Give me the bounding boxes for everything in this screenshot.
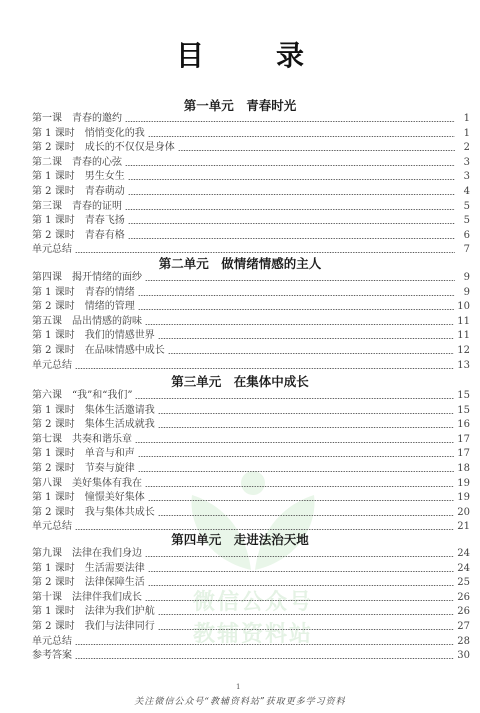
toc-entry-page: 5 xyxy=(455,215,470,227)
toc-entry-label: 第 1 课时 我们的情感世界 xyxy=(32,330,158,342)
dot-leader xyxy=(138,309,455,310)
dot-leader xyxy=(158,629,455,630)
toc-entry[interactable]: 第 1 课时 青春的情绪9 xyxy=(32,285,470,299)
toc-entry[interactable]: 第 1 课时 青春飞扬5 xyxy=(32,213,470,227)
dot-leader xyxy=(158,515,455,516)
dot-leader xyxy=(75,658,454,659)
dot-leader xyxy=(158,338,455,339)
toc-entry-page: 15 xyxy=(454,405,470,417)
page-title: 目 录 xyxy=(0,34,480,74)
toc-entry-label: 第 1 课时 集体生活邀请我 xyxy=(32,405,158,417)
toc-entry-label: 第一课 青春的邀约 xyxy=(32,113,125,125)
toc-entry-label: 第 1 课时 悄悄变化的我 xyxy=(32,128,148,140)
toc-entry[interactable]: 第 2 课时 情绪的管理10 xyxy=(32,299,470,313)
toc-entry-label: 第 2 课时 集体生活成就我 xyxy=(32,419,158,431)
toc-entry[interactable]: 第 2 课时 青春有格6 xyxy=(32,228,470,242)
toc-entry-label: 第 1 课时 憧憬美好集体 xyxy=(32,492,148,504)
toc-entry-page: 17 xyxy=(454,448,470,460)
dot-leader xyxy=(168,353,455,354)
toc-entry[interactable]: 第十课 法律伴我们成长26 xyxy=(32,590,470,604)
toc-entry-label: 第 2 课时 情绪的管理 xyxy=(32,301,138,313)
toc-entry-label: 参考答案 xyxy=(32,650,75,662)
toc-entry[interactable]: 第 1 课时 生活需要法律24 xyxy=(32,561,470,575)
toc-entry-label: 第五课 品出情感的韵味 xyxy=(32,316,145,328)
footer-note: 关注微信公众号“教辅资料站”获取更多学习资料 xyxy=(0,694,480,707)
toc-entry-label: 第十课 法律伴我们成长 xyxy=(32,592,145,604)
toc-entry-page: 5 xyxy=(455,201,470,213)
toc-entry[interactable]: 第 2 课时 青春萌动4 xyxy=(32,184,470,198)
toc-entry-label: 第三课 青春的证明 xyxy=(32,201,125,213)
dot-leader xyxy=(158,614,455,615)
toc-entry-page: 3 xyxy=(455,171,470,183)
toc-entry[interactable]: 第二课 青春的心弦3 xyxy=(32,155,470,169)
toc-entry-page: 20 xyxy=(454,507,470,519)
toc-entry[interactable]: 第 2 课时 我们与法律同行27 xyxy=(32,619,470,633)
dot-leader xyxy=(135,398,454,399)
toc-entry-page: 17 xyxy=(454,434,470,446)
toc-entry[interactable]: 第七课 共奏和谐乐章17 xyxy=(32,432,470,446)
toc-entry[interactable]: 第八课 美好集体有我在19 xyxy=(32,476,470,490)
toc-entry-label: 第 2 课时 我与集体共成长 xyxy=(32,507,158,519)
dot-leader xyxy=(138,456,455,457)
dot-leader xyxy=(158,413,455,414)
dot-leader xyxy=(158,427,455,428)
toc-entry-page: 9 xyxy=(455,287,470,299)
toc-entry[interactable]: 第 2 课时 成长的不仅仅是身体2 xyxy=(32,140,470,154)
dot-leader xyxy=(138,471,455,472)
toc-entry-label: 第九课 法律在我们身边 xyxy=(32,548,145,560)
toc-entry-page: 12 xyxy=(454,345,470,357)
toc-entry[interactable]: 第四课 揭开情绪的面纱9 xyxy=(32,270,470,284)
dot-leader xyxy=(128,238,455,239)
page-number: 1 xyxy=(236,683,240,691)
toc-entry-page: 13 xyxy=(454,360,470,372)
dot-leader xyxy=(145,324,454,325)
toc-entry-page: 9 xyxy=(455,272,470,284)
toc-entry-page: 27 xyxy=(454,621,470,633)
toc-entry-page: 3 xyxy=(455,157,470,169)
toc-entry[interactable]: 第 2 课时 我与集体共成长20 xyxy=(32,505,470,519)
toc-entry-label: 第 1 课时 生活需要法律 xyxy=(32,563,148,575)
toc-entry-label: 单元总结 xyxy=(32,360,75,372)
dot-leader xyxy=(148,585,455,586)
toc-entry[interactable]: 第 1 课时 单音与和声17 xyxy=(32,446,470,460)
dot-leader xyxy=(145,600,454,601)
dot-leader xyxy=(75,368,454,369)
toc-entry-page: 30 xyxy=(454,650,470,662)
toc-entry-page: 11 xyxy=(454,330,470,342)
dot-leader xyxy=(138,295,455,296)
dot-leader xyxy=(128,179,455,180)
toc-entry-label: 第七课 共奏和谐乐章 xyxy=(32,434,135,446)
toc-entry-label: 第四课 揭开情绪的面纱 xyxy=(32,272,145,284)
toc-entry-label: 第 2 课时 节奏与旋律 xyxy=(32,463,138,475)
dot-leader xyxy=(145,486,454,487)
toc-entry[interactable]: 第三课 青春的证明5 xyxy=(32,199,470,213)
dot-leader xyxy=(128,194,455,195)
toc-entry-page: 1 xyxy=(455,113,470,125)
toc-entry[interactable]: 第 2 课时 法律保障生活25 xyxy=(32,575,470,589)
toc-entry-label: 单元总结 xyxy=(32,636,75,648)
toc-entry-label: 第六课 “我”和“我们” xyxy=(32,390,135,402)
toc-entry[interactable]: 第九课 法律在我们身边24 xyxy=(32,546,470,560)
toc-entry-page: 19 xyxy=(454,478,470,490)
toc-entry[interactable]: 第 1 课时 集体生活邀请我15 xyxy=(32,403,470,417)
toc-entry[interactable]: 第 2 课时 集体生活成就我16 xyxy=(32,417,470,431)
dot-leader xyxy=(128,223,455,224)
dot-leader xyxy=(145,280,455,281)
toc-entry[interactable]: 第 1 课时 憧憬美好集体19 xyxy=(32,490,470,504)
dot-leader xyxy=(178,150,455,151)
toc-entry-page: 6 xyxy=(455,230,470,242)
dot-leader xyxy=(148,500,455,501)
toc-entry-label: 第 1 课时 男生女生 xyxy=(32,171,128,183)
toc-entry[interactable]: 单元总结13 xyxy=(32,358,470,372)
toc-entry-page: 1 xyxy=(455,128,470,140)
toc-entry-page: 15 xyxy=(454,390,470,402)
toc-entry-label: 第二课 青春的心弦 xyxy=(32,157,125,169)
toc-entry-page: 24 xyxy=(454,548,470,560)
toc-entry[interactable]: 第五课 品出情感的韵味11 xyxy=(32,314,470,328)
toc-entry[interactable]: 参考答案30 xyxy=(32,648,470,662)
toc-entry-page: 26 xyxy=(454,606,470,618)
toc-entry-page: 11 xyxy=(454,316,470,328)
toc-entry-label: 第 2 课时 成长的不仅仅是身体 xyxy=(32,142,178,154)
toc-entry[interactable]: 第 2 课时 节奏与旋律18 xyxy=(32,461,470,475)
toc-entry-label: 第 2 课时 青春萌动 xyxy=(32,186,128,198)
toc-entry-label: 第 1 课时 法律为我们护航 xyxy=(32,606,158,618)
toc-entry-page: 26 xyxy=(454,592,470,604)
toc-entry-label: 第 1 课时 青春飞扬 xyxy=(32,215,128,227)
toc-entry[interactable]: 第 1 课时 法律为我们护航26 xyxy=(32,604,470,618)
dot-leader xyxy=(135,442,454,443)
toc-entry-label: 第 2 课时 青春有格 xyxy=(32,230,128,242)
toc-entry-page: 4 xyxy=(455,186,470,198)
toc-entry[interactable]: 第 2 课时 在品味情感中成长12 xyxy=(32,343,470,357)
dot-leader xyxy=(125,165,455,166)
toc-entry-label: 第 2 课时 我们与法律同行 xyxy=(32,621,158,633)
toc-entry[interactable]: 第 1 课时 男生女生3 xyxy=(32,169,470,183)
toc-entry[interactable]: 第 1 课时 悄悄变化的我1 xyxy=(32,126,470,140)
dot-leader xyxy=(125,121,455,122)
toc-entry-label: 第 1 课时 青春的情绪 xyxy=(32,287,138,299)
toc-entry-page: 25 xyxy=(454,577,470,589)
toc-entry-page: 10 xyxy=(454,301,470,313)
dot-leader xyxy=(148,136,455,137)
toc-entry[interactable]: 第 1 课时 我们的情感世界11 xyxy=(32,328,470,342)
toc-entry-page: 19 xyxy=(454,492,470,504)
toc-entry-label: 第 2 课时 法律保障生活 xyxy=(32,577,148,589)
toc-entry-label: 第八课 美好集体有我在 xyxy=(32,478,145,490)
toc-entry-page: 24 xyxy=(454,563,470,575)
toc-entry-page: 16 xyxy=(454,419,470,431)
dot-leader xyxy=(148,571,455,572)
toc-entry-page: 28 xyxy=(454,636,470,648)
dot-leader xyxy=(75,644,454,645)
dot-leader xyxy=(145,556,454,557)
toc-entry-page: 2 xyxy=(455,142,470,154)
toc-entry[interactable]: 第一课 青春的邀约1 xyxy=(32,111,470,125)
toc-entry-label: 第 1 课时 单音与和声 xyxy=(32,448,138,460)
toc-entry[interactable]: 第六课 “我”和“我们”15 xyxy=(32,388,470,402)
toc-entry-label: 第 2 课时 在品味情感中成长 xyxy=(32,345,168,357)
dot-leader xyxy=(125,209,455,210)
toc-entry-page: 18 xyxy=(454,463,470,475)
toc-entry[interactable]: 单元总结28 xyxy=(32,634,470,648)
